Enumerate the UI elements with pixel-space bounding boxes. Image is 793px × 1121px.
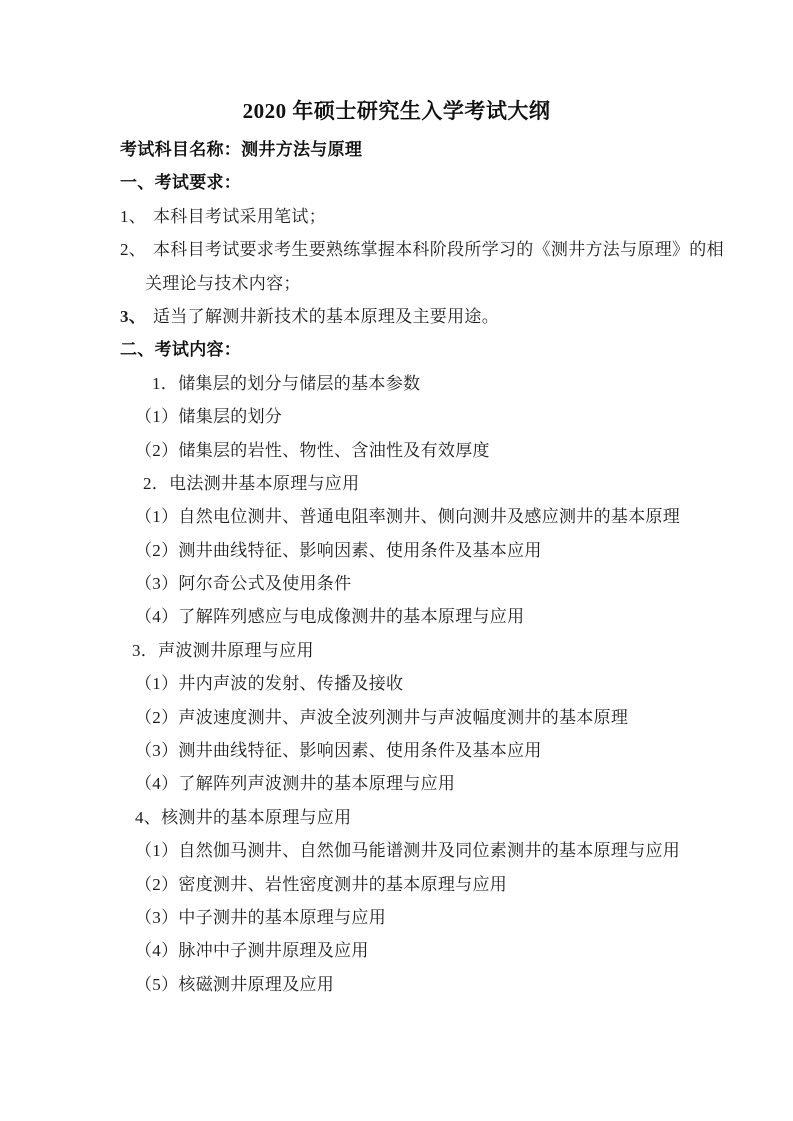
subsection-4-item-3: （3）中子测井的基本原理与应用 bbox=[135, 901, 703, 934]
subsection-4-item-2: （2）密度测井、岩性密度测井的基本原理与应用 bbox=[135, 868, 703, 901]
subsection-4-title: 4、核测井的基本原理与应用 bbox=[135, 801, 703, 834]
subsection-2-item-3: （3）阿尔奇公式及使用条件 bbox=[135, 567, 703, 600]
subsection-2-item-1: （1）自然电位测井、普通电阻率测井、侧向测井及感应测井的基本原理 bbox=[135, 500, 703, 533]
requirement-item-2: 2、本科目考试要求考生要熟练掌握本科阶段所学习的《测井方法与原理》的相 bbox=[120, 233, 703, 266]
requirement-item-2-continuation: 关理论与技术内容； bbox=[145, 267, 703, 300]
subsection-3-item-4: （4）了解阵列声波测井的基本原理与应用 bbox=[135, 767, 703, 800]
requirement-item-1-marker: 1、 bbox=[120, 200, 153, 233]
subsection-3-title: 3．声波测井原理与应用 bbox=[132, 634, 703, 667]
subsection-1-title: 1．储集层的划分与储层的基本参数 bbox=[152, 367, 703, 400]
subsection-2-item-2: （2）测井曲线特征、影响因素、使用条件及基本应用 bbox=[135, 534, 703, 567]
subsection-2-title: 2．电法测井基本原理与应用 bbox=[143, 467, 703, 500]
requirement-item-1-text: 本科目考试采用笔试； bbox=[153, 207, 326, 226]
subject-line: 考试科目名称：测井方法与原理 bbox=[120, 133, 703, 166]
subsection-2-item-4: （4）了解阵列感应与电成像测井的基本原理与应用 bbox=[135, 600, 703, 633]
subsection-4-item-4: （4）脉冲中子测井原理及应用 bbox=[135, 934, 703, 967]
requirement-item-1: 1、本科目考试采用笔试； bbox=[120, 200, 703, 233]
document-body: 考试科目名称：测井方法与原理 一、考试要求： 1、本科目考试采用笔试； 2、本科… bbox=[0, 133, 793, 1001]
subsection-3-item-2: （2）声波速度测井、声波全波列测井与声波幅度测井的基本原理 bbox=[135, 701, 703, 734]
requirement-item-2-text: 本科目考试要求考生要熟练掌握本科阶段所学习的《测井方法与原理》的相 bbox=[153, 240, 724, 259]
requirement-item-3-text: 适当了解测井新技术的基本原理及主要用途。 bbox=[153, 307, 499, 326]
subsection-4-item-1: （1）自然伽马测井、自然伽马能谱测井及同位素测井的基本原理与应用 bbox=[135, 834, 703, 867]
document-page: 2020 年硕士研究生入学考试大纲 考试科目名称：测井方法与原理 一、考试要求：… bbox=[0, 0, 793, 1121]
subsection-3-item-1: （1）井内声波的发射、传播及接收 bbox=[135, 667, 703, 700]
requirement-item-2-marker: 2、 bbox=[120, 233, 153, 266]
requirement-item-3-marker: 3、 bbox=[120, 300, 153, 333]
document-title: 2020 年硕士研究生入学考试大纲 bbox=[0, 0, 793, 128]
content-heading: 二、考试内容： bbox=[120, 333, 703, 366]
requirement-item-3: 3、适当了解测井新技术的基本原理及主要用途。 bbox=[120, 300, 703, 333]
subsection-1-item-2: （2）储集层的岩性、物性、含油性及有效厚度 bbox=[135, 434, 703, 467]
requirements-heading: 一、考试要求： bbox=[120, 166, 703, 199]
subsection-4-item-5: （5）核磁测井原理及应用 bbox=[135, 968, 703, 1001]
subsection-1-item-1: （1）储集层的划分 bbox=[135, 400, 703, 433]
subsection-3-item-3: （3）测井曲线特征、影响因素、使用条件及基本应用 bbox=[135, 734, 703, 767]
